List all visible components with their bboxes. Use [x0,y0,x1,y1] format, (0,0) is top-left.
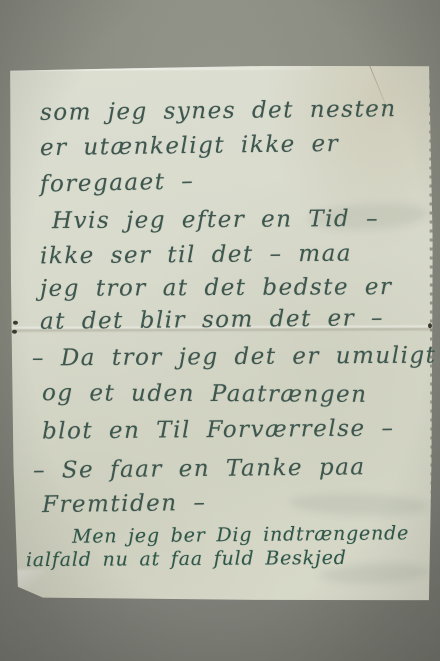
perforated-edge [429,67,434,599]
handwriting-line: – Da tror jeg det er umuligt [32,343,437,372]
handwriting-line: er utænkeligt ikke er [40,131,340,161]
handwriting-line: og et uden Paatrængen [42,380,368,408]
crease-notch [428,323,432,328]
crease-notch [12,330,17,334]
crease-notch [13,321,18,325]
paper-top-edge-highlight [11,67,311,71]
handwriting-line: som jeg synes det nesten [40,96,397,126]
handwriting-line: jeg tror at det bedste er [40,274,393,302]
ink-showthrough [288,491,429,517]
handwriting-line: at det blir som det er – [40,305,384,335]
handwriting-line: ialfald nu at faa fuld Beskjed [26,547,347,571]
handwriting-line: ikke ser til det – maa [40,241,352,270]
handwriting-line: blot en Til Forværrelse – [42,415,395,444]
handwriting-line: foregaaet – [40,168,195,197]
handwriting-line: – Se faar en Tanke paa [33,454,366,483]
handwriting-line: Men jeg ber Dig indtrængende [72,522,409,548]
photo-background: som jeg synes det nesten er utænkeligt i… [0,0,440,661]
handwriting-line: Hvis jeg efter en Tid – [52,206,379,234]
handwriting-line: Fremtiden – [42,490,207,518]
chipped-corner [11,570,45,600]
